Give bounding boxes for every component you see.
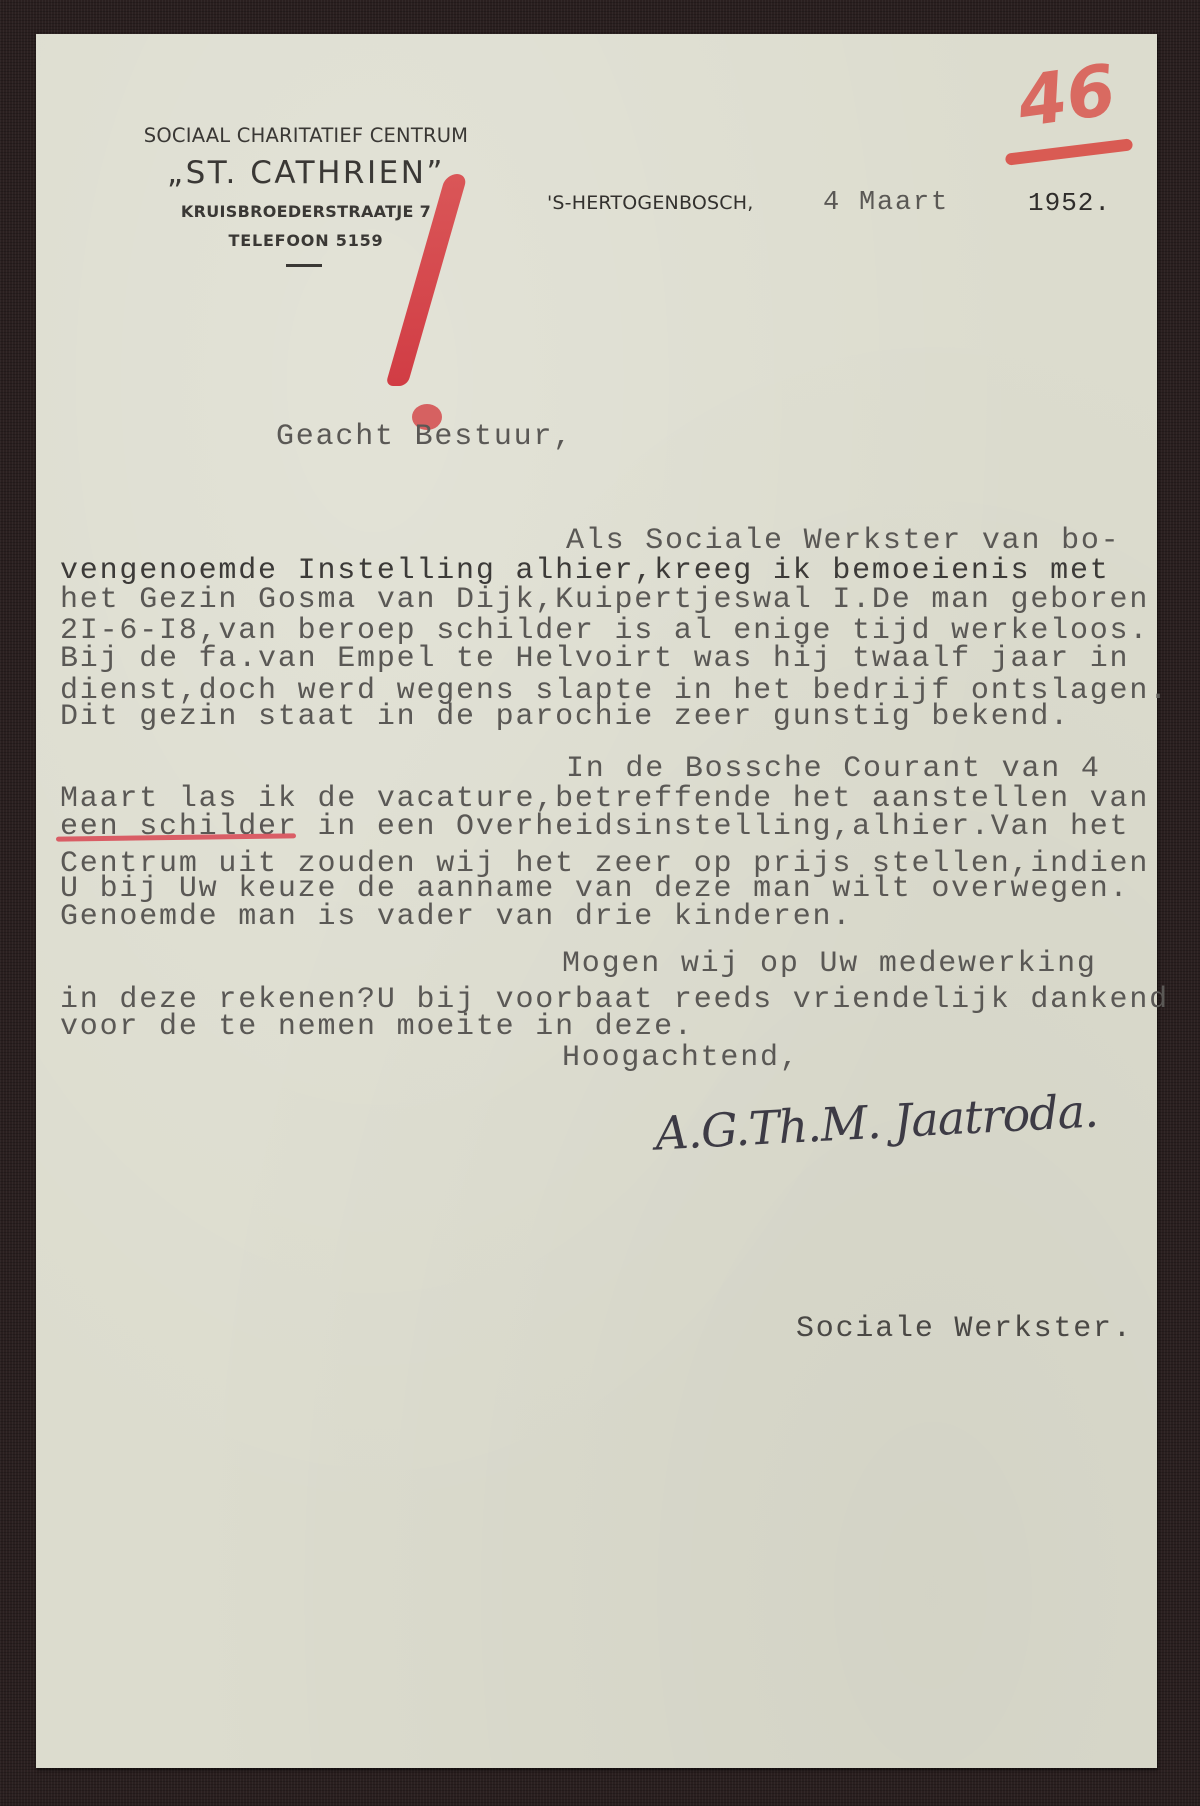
body-line: Mogen wij op Uw medewerking bbox=[562, 949, 1097, 979]
body-line: Bij de fa.van Empel te Helvoirt was hij … bbox=[60, 644, 1129, 674]
salutation: Geacht Bestuur, bbox=[276, 422, 573, 452]
letterhead-phone: TELEFOON 5159 bbox=[96, 231, 516, 250]
date-day-month: 4 Maart bbox=[823, 190, 949, 217]
letterhead-city: 'S-HERTOGENBOSCH, bbox=[547, 192, 753, 214]
body-line: vengenoemde Instelling alhier,kreeg ik b… bbox=[60, 556, 1110, 586]
date-year: 1952. bbox=[1028, 188, 1111, 218]
body-line: het Gezin Gosma van Dijk,Kuipertjeswal I… bbox=[60, 585, 1149, 615]
page-number-annotation: 46 bbox=[1013, 49, 1121, 144]
closing: Hoogachtend, bbox=[562, 1043, 800, 1073]
body-line: In de Bossche Courant van 4 bbox=[566, 754, 1101, 784]
body-line: Dit gezin staat in de parochie zeer guns… bbox=[60, 702, 1070, 732]
signatory-title: Sociale Werkster. bbox=[796, 1314, 1133, 1344]
letterhead-organization: SOCIAAL CHARITATIEF CENTRUM bbox=[96, 124, 516, 147]
letterhead-divider bbox=[286, 264, 322, 267]
body-line: Genoemde man is vader van drie kinderen. bbox=[60, 902, 852, 932]
body-line: Als Sociale Werkster van bo- bbox=[566, 526, 1120, 556]
body-line: voor de te nemen moeite in deze. bbox=[60, 1012, 694, 1042]
